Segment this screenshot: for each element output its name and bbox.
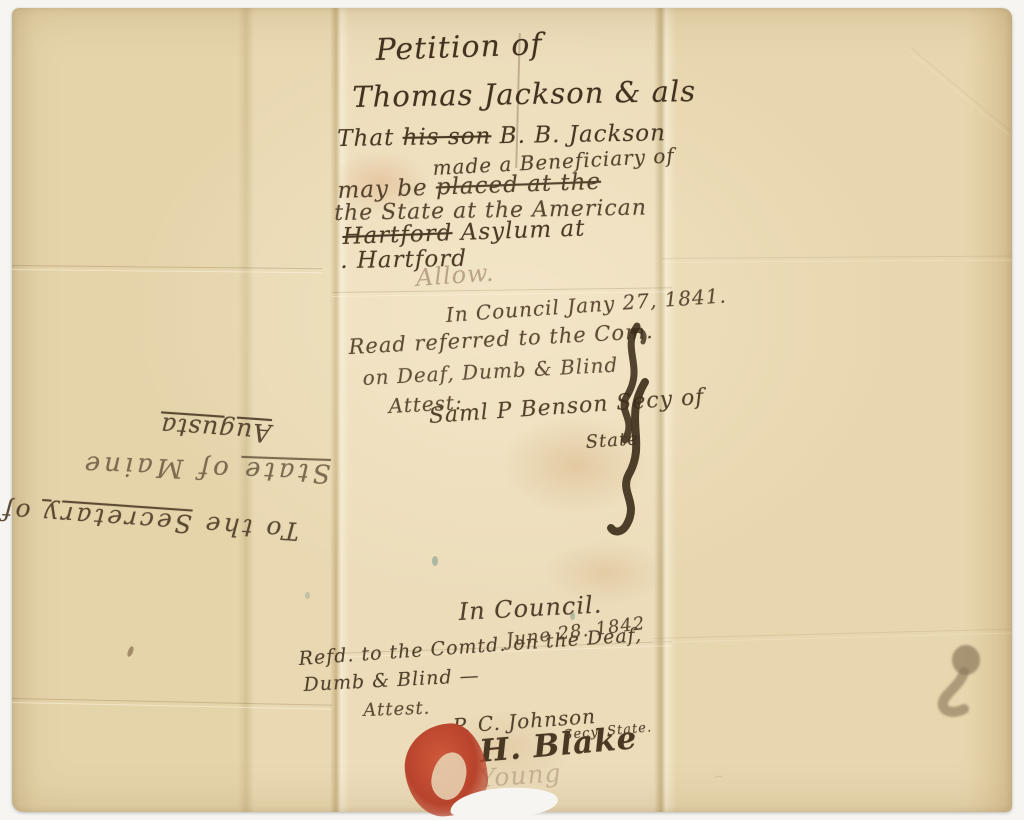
- council-1841-line: on Deaf, Dumb & Blind: [362, 353, 619, 390]
- council-1842-line: Dumb & Blind —: [303, 665, 480, 696]
- scanned-document-page: { "colors": { "paper_tan": "#e9d8b2", "i…: [0, 0, 1024, 820]
- ink-speck: [126, 645, 135, 657]
- address-state-flipped: State of Maine: [80, 449, 331, 488]
- fold-crease-right-upper: [662, 256, 1012, 263]
- fold-crease-corner-diagonal: [909, 48, 1012, 135]
- teal-speck: [305, 592, 310, 599]
- teal-speck: [432, 556, 438, 566]
- faint-pencil-mark: ~: [712, 768, 727, 786]
- council-1842-line: Refd. to the Comtd. on the Deaf,: [298, 624, 643, 670]
- address-city-flipped: Augusta: [159, 411, 272, 448]
- folded-petition-paper: Petition of Thomas Jackson & als That hi…: [12, 8, 1012, 812]
- petition-title: Petition of: [375, 27, 543, 68]
- petitioner-name: Thomas Jackson & als: [352, 74, 696, 114]
- fold-crease-left-upper: [12, 265, 322, 273]
- address-line-flipped: To the Secretary of the: [0, 492, 300, 546]
- struck-text: his son: [402, 123, 491, 151]
- council-1842-attest: Attest.: [363, 698, 431, 721]
- fold-crease-left-lower: [12, 698, 332, 710]
- pencil-note-allow: Allow.: [415, 259, 495, 292]
- brown-smudge: [930, 640, 1002, 720]
- ink-flourish-vertical: [593, 322, 655, 540]
